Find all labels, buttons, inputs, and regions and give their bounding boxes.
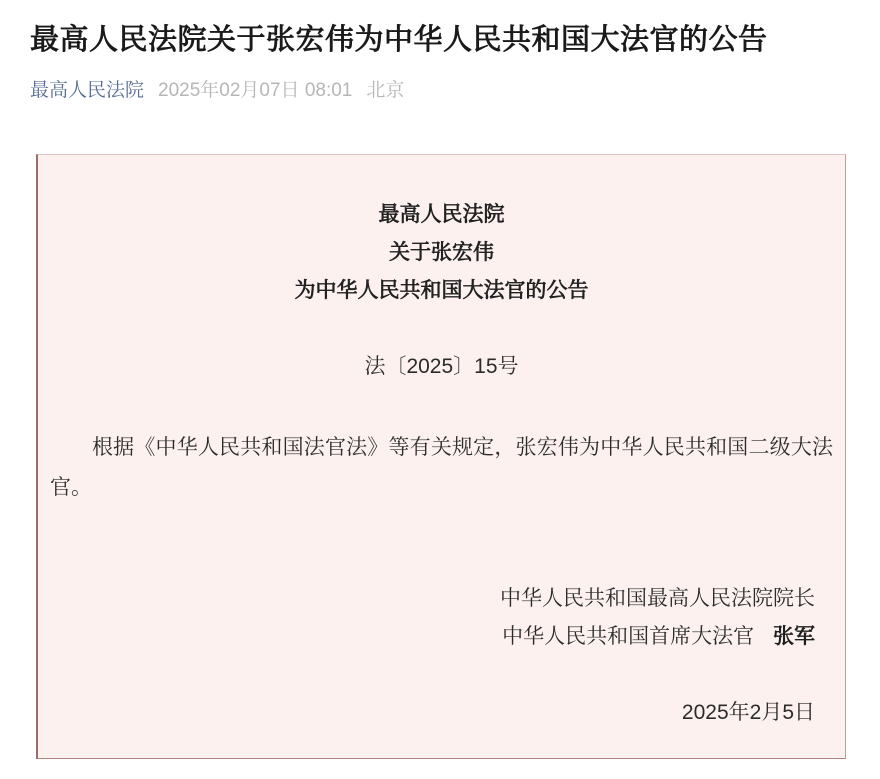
announcement-heading-line2: 关于张宏伟 <box>50 234 833 272</box>
source-link[interactable]: 最高人民法院 <box>30 80 144 102</box>
publish-time: 2025年02月07日 08:01 <box>158 80 352 102</box>
article-header: 最高人民法院关于张宏伟为中华人民共和国大法官的公告 最高人民法院 2025年02… <box>0 0 880 102</box>
signer-title-text: 中华人民共和国首席大法官 <box>502 625 754 648</box>
announcement-body: 根据《中华人民共和国法官法》等有关规定，张宏伟为中华人民共和国二级大法官。 <box>50 428 833 508</box>
announcement-heading-line3: 为中华人民共和国大法官的公告 <box>50 272 833 310</box>
article-meta: 最高人民法院 2025年02月07日 08:01 北京 <box>30 80 850 102</box>
announcement-box: 最高人民法院 关于张宏伟 为中华人民共和国大法官的公告 法〔2025〕15号 根… <box>36 154 846 759</box>
sign-date: 2025年2月5日 <box>50 694 833 732</box>
signature-block: 中华人民共和国最高人民法院院长 中华人民共和国首席大法官张军 <box>50 580 833 656</box>
signer-name: 张军 <box>773 625 815 648</box>
announcement-heading-line1: 最高人民法院 <box>50 196 833 234</box>
document-number: 法〔2025〕15号 <box>50 348 833 386</box>
article-page: 最高人民法院关于张宏伟为中华人民共和国大法官的公告 最高人民法院 2025年02… <box>0 0 880 779</box>
signer-title-line1: 中华人民共和国最高人民法院院长 <box>50 580 815 618</box>
publish-location: 北京 <box>366 80 404 102</box>
signer-title-line2: 中华人民共和国首席大法官张军 <box>50 618 815 656</box>
article-title: 最高人民法院关于张宏伟为中华人民共和国大法官的公告 <box>30 22 850 59</box>
